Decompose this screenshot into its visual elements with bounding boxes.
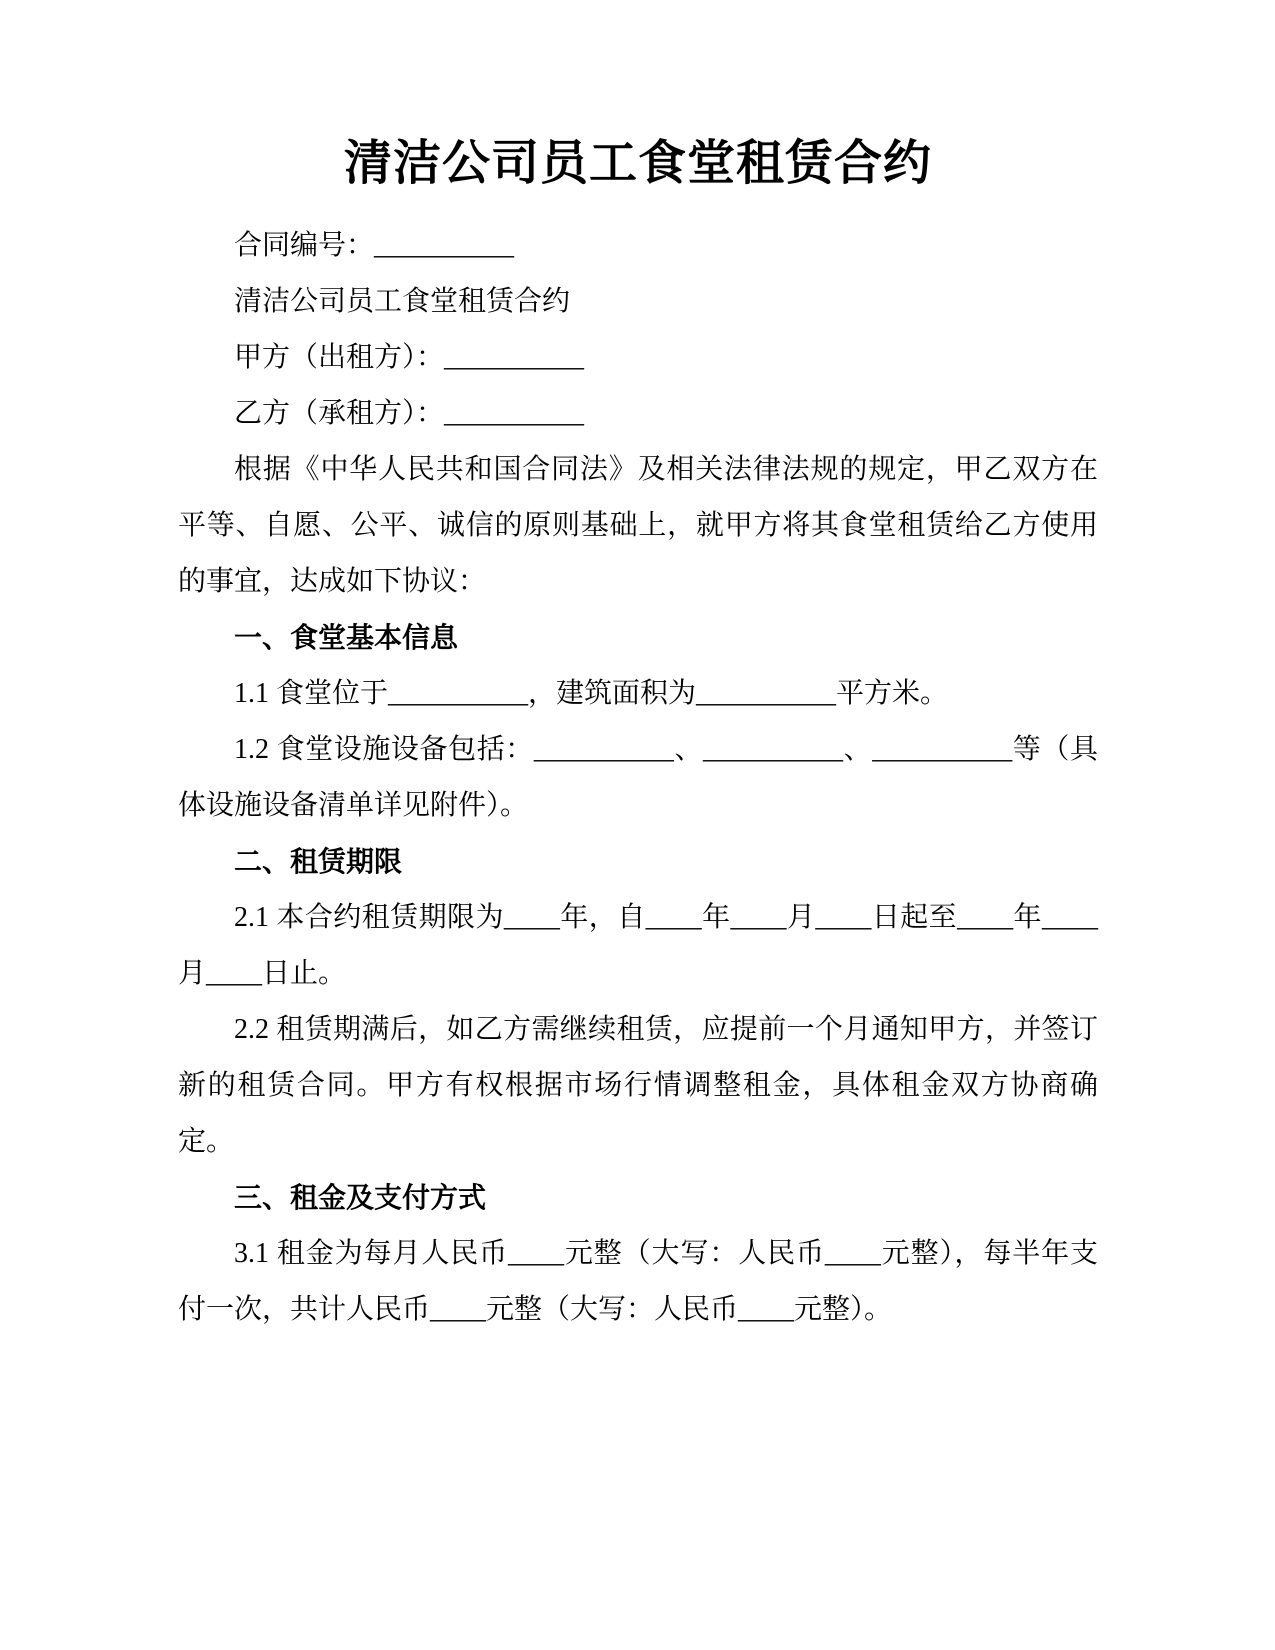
document-title: 清洁公司员工食堂租赁合约 bbox=[178, 128, 1098, 200]
section-heading-rent-payment: 三、租金及支付方式 bbox=[178, 1170, 1098, 1226]
contract-document-page: 清洁公司员工食堂租赁合约 合同编号：__________ 清洁公司员工食堂租赁合… bbox=[0, 0, 1275, 1650]
clause-3-1-rent-amount: 3.1 租金为每月人民币____元整（大写：人民币____元整），每半年支付一次… bbox=[178, 1226, 1098, 1338]
clause-1-2-facilities: 1.2 食堂设施设备包括：__________、__________、_____… bbox=[178, 722, 1098, 834]
section-heading-canteen-basic-info: 一、食堂基本信息 bbox=[178, 610, 1098, 666]
section-heading-lease-term: 二、租赁期限 bbox=[178, 834, 1098, 890]
preamble-paragraph: 根据《中华人民共和国合同法》及相关法律法规的规定，甲乙双方在平等、自愿、公平、诚… bbox=[178, 442, 1098, 610]
field-contract-number: 合同编号：__________ bbox=[178, 218, 1098, 274]
clause-1-1-location-area: 1.1 食堂位于__________，建筑面积为__________平方米。 bbox=[178, 666, 1098, 722]
field-party-b-lessee: 乙方（承租方）：__________ bbox=[178, 386, 1098, 442]
document-subtitle: 清洁公司员工食堂租赁合约 bbox=[178, 274, 1098, 330]
clause-2-1-term-dates: 2.1 本合约租赁期限为____年，自____年____月____日起至____… bbox=[178, 890, 1098, 1002]
field-party-a-lessor: 甲方（出租方）：__________ bbox=[178, 330, 1098, 386]
clause-2-2-renewal: 2.2 租赁期满后，如乙方需继续租赁，应提前一个月通知甲方，并签订新的租赁合同。… bbox=[178, 1002, 1098, 1170]
